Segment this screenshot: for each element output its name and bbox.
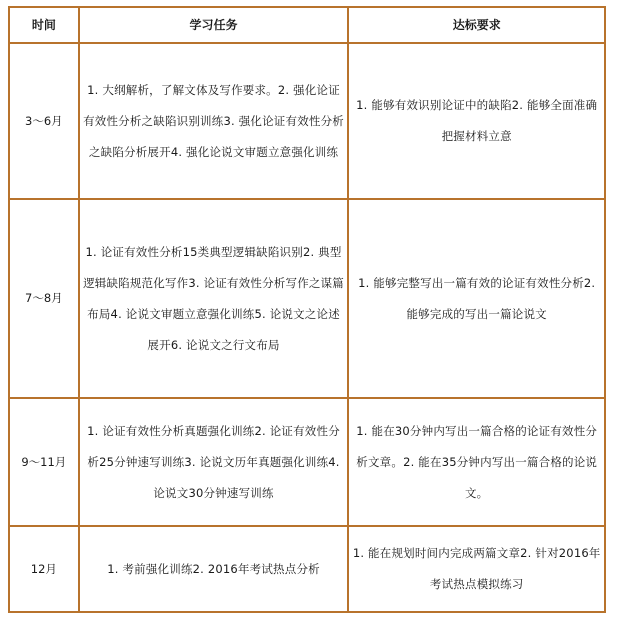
goal-cell: 1. 能在规划时间内完成两篇文章2. 针对2016年考试热点模拟练习: [348, 526, 605, 612]
header-task: 学习任务: [79, 7, 349, 43]
table-row: 3～6月 1. 大纲解析，了解文体及写作要求。2. 强化论证有效性分析之缺陷识别…: [9, 43, 605, 199]
task-cell: 1. 论证有效性分析15类典型逻辑缺陷识别2. 典型逻辑缺陷规范化写作3. 论证…: [79, 199, 349, 398]
goal-cell: 1. 能够完整写出一篇有效的论证有效性分析2. 能够完成的写出一篇论说文: [348, 199, 605, 398]
goal-cell: 1. 能在30分钟内写出一篇合格的论证有效性分析文章。2. 能在35分钟内写出一…: [348, 398, 605, 526]
task-cell: 1. 论证有效性分析真题强化训练2. 论证有效性分析25分钟速写训练3. 论说文…: [79, 398, 349, 526]
header-goal: 达标要求: [348, 7, 605, 43]
table-row: 7～8月 1. 论证有效性分析15类典型逻辑缺陷识别2. 典型逻辑缺陷规范化写作…: [9, 199, 605, 398]
header-time: 时间: [9, 7, 79, 43]
time-cell: 12月: [9, 526, 79, 612]
task-cell: 1. 考前强化训练2. 2016年考试热点分析: [79, 526, 349, 612]
time-cell: 9～11月: [9, 398, 79, 526]
time-cell: 7～8月: [9, 199, 79, 398]
task-cell: 1. 大纲解析，了解文体及写作要求。2. 强化论证有效性分析之缺陷识别训练3. …: [79, 43, 349, 199]
table-row: 9～11月 1. 论证有效性分析真题强化训练2. 论证有效性分析25分钟速写训练…: [9, 398, 605, 526]
study-plan-table: 时间 学习任务 达标要求 3～6月 1. 大纲解析，了解文体及写作要求。2. 强…: [8, 6, 606, 613]
goal-cell: 1. 能够有效识别论证中的缺陷2. 能够全面准确把握材料立意: [348, 43, 605, 199]
table-row: 12月 1. 考前强化训练2. 2016年考试热点分析 1. 能在规划时间内完成…: [9, 526, 605, 612]
time-cell: 3～6月: [9, 43, 79, 199]
table-header-row: 时间 学习任务 达标要求: [9, 7, 605, 43]
